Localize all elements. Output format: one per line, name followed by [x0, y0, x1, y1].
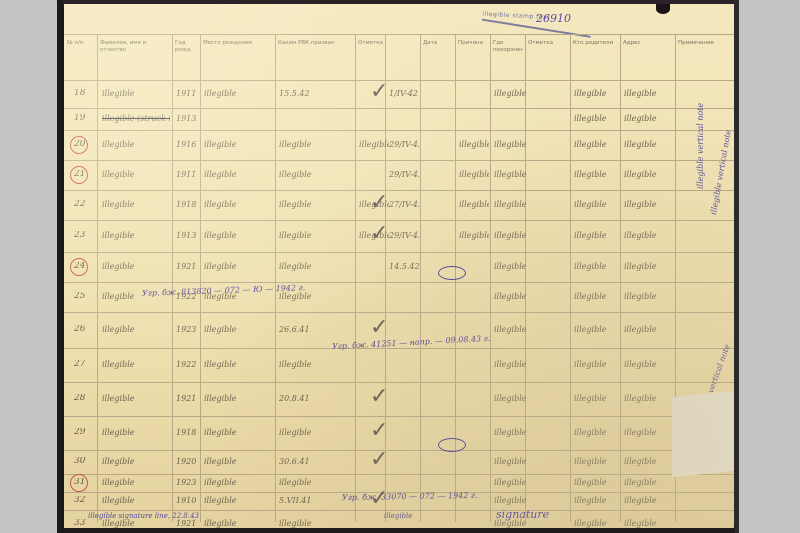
- address: illegible: [624, 457, 674, 466]
- parents: illegible: [574, 428, 618, 437]
- check-mark-icon: ✓: [370, 81, 388, 103]
- conscription-office: illegible: [279, 262, 351, 271]
- date: 1/IV-42: [389, 89, 419, 98]
- row-divider: [64, 80, 734, 81]
- circled-date-row31: [438, 438, 466, 452]
- cause: illegible: [459, 140, 489, 149]
- burial-place: illegible: [494, 292, 564, 301]
- footer-note: illegible signature line, 22.8.43: [88, 512, 199, 520]
- column-header: Место рождения: [203, 40, 273, 47]
- column-header: Фамилия, имя и отчество: [100, 40, 170, 53]
- person-name: illegible: [102, 457, 170, 466]
- row-number: 19: [74, 114, 85, 123]
- column-header: Год рожд.: [175, 40, 198, 53]
- address: illegible: [624, 231, 674, 240]
- address: illegible: [624, 519, 674, 528]
- birth-place: illegible: [204, 200, 272, 209]
- date: 29/IV-42: [389, 231, 419, 240]
- row-number: 29: [74, 428, 85, 437]
- address: illegible: [624, 89, 674, 98]
- row-number: 26: [74, 325, 85, 334]
- conscription-office: 30.6.41: [279, 457, 351, 466]
- parents: illegible: [574, 457, 618, 466]
- row-divider: [64, 450, 734, 451]
- paper-damage: [672, 391, 734, 478]
- check-mark-icon: ✓: [370, 386, 388, 408]
- row-number: 25: [74, 292, 85, 301]
- person-name: illegible: [102, 262, 170, 271]
- parents: illegible: [574, 325, 618, 334]
- row-number: 33: [74, 519, 85, 528]
- birth-place: illegible: [204, 231, 272, 240]
- birth-place: illegible: [204, 262, 272, 271]
- row-divider: [64, 108, 734, 109]
- birth-year: 1923: [176, 325, 198, 334]
- birth-year: 1913: [176, 114, 198, 123]
- column-header: Дата: [423, 40, 453, 47]
- row-divider: [64, 416, 734, 417]
- document-page: illegible stamp text 26910 № п/пФамилия,…: [64, 4, 734, 528]
- person-name: illegible: [102, 496, 170, 505]
- person-name: illegible (struck through): [102, 114, 170, 123]
- burial-place: illegible: [494, 394, 564, 403]
- parents: illegible: [574, 140, 618, 149]
- parents: illegible: [574, 360, 618, 369]
- column-header: Где похоронен: [493, 40, 523, 53]
- conscription-office: 15.5.42: [279, 89, 351, 98]
- burial-place: illegible: [494, 360, 564, 369]
- row-divider: [64, 312, 734, 313]
- row-number: 22: [74, 200, 85, 209]
- row-number: 28: [74, 394, 85, 403]
- row-divider: [64, 252, 734, 253]
- birth-year: 1923: [176, 478, 198, 487]
- row-divider: [64, 190, 734, 191]
- person-name: illegible: [102, 519, 170, 528]
- parents: illegible: [574, 231, 618, 240]
- person-name: illegible: [102, 325, 170, 334]
- address: illegible: [624, 394, 674, 403]
- conscription-office: 26.6.41: [279, 325, 351, 334]
- column-header: Причина: [458, 40, 488, 47]
- column-header: Адрес: [623, 40, 673, 47]
- parents: illegible: [574, 292, 618, 301]
- row-divider: [64, 282, 734, 283]
- address: illegible: [624, 292, 674, 301]
- burial-place: illegible: [494, 428, 564, 437]
- birth-year: 1922: [176, 360, 198, 369]
- right-margin-note-top: illegible vertical note: [696, 103, 705, 189]
- burial-place: illegible: [494, 200, 564, 209]
- address: illegible: [624, 478, 674, 487]
- red-circle-mark: [70, 474, 88, 492]
- conscription-office: illegible: [279, 140, 351, 149]
- address: illegible: [624, 114, 674, 123]
- right-margin-note-mid: illegible vertical note: [709, 129, 733, 215]
- birth-year: 1913: [176, 231, 198, 240]
- red-circle-mark: [70, 166, 88, 184]
- cause: illegible: [459, 231, 489, 240]
- person-name: illegible: [102, 200, 170, 209]
- red-circle-mark: [70, 136, 88, 154]
- column-header: Отметка: [358, 40, 418, 47]
- circled-date-row24: [438, 266, 466, 280]
- footer-signature: signature: [496, 508, 549, 521]
- person-name: illegible: [102, 360, 170, 369]
- row-divider: [64, 474, 734, 475]
- row-number: 30: [74, 457, 85, 466]
- footer-mid: illegible: [384, 512, 412, 520]
- birth-place: illegible: [204, 478, 272, 487]
- burial-place: illegible: [494, 457, 564, 466]
- birth-place: illegible: [204, 89, 272, 98]
- person-name: illegible: [102, 478, 170, 487]
- birth-year: 1911: [176, 170, 198, 179]
- address: illegible: [624, 200, 674, 209]
- check-mark-icon: ✓: [370, 192, 388, 214]
- birth-place: illegible: [204, 170, 272, 179]
- parents: illegible: [574, 200, 618, 209]
- parents: illegible: [574, 114, 618, 123]
- check-mark-icon: ✓: [370, 317, 388, 339]
- burial-place: illegible: [494, 140, 564, 149]
- birth-year: 1921: [176, 519, 198, 528]
- birth-place: illegible: [204, 140, 272, 149]
- conscription-office: illegible: [279, 360, 351, 369]
- burial-place: illegible: [494, 170, 564, 179]
- parents: illegible: [574, 170, 618, 179]
- address: illegible: [624, 325, 674, 334]
- person-name: illegible: [102, 140, 170, 149]
- stamp-number: 26910: [536, 12, 571, 25]
- birth-place: illegible: [204, 360, 272, 369]
- birth-year: 1920: [176, 457, 198, 466]
- row-divider: [64, 220, 734, 221]
- conscription-office: illegible: [279, 519, 351, 528]
- conscription-office: 20.8.41: [279, 394, 351, 403]
- date: 29/IV-42: [389, 140, 419, 149]
- birth-place: illegible: [204, 428, 272, 437]
- column-header: № п/п: [67, 40, 95, 47]
- date: 29/IV-42: [389, 170, 419, 179]
- ink-blot: [656, 4, 670, 14]
- column-header: Примечание: [678, 40, 732, 47]
- birth-year: 1921: [176, 262, 198, 271]
- address: illegible: [624, 360, 674, 369]
- parents: illegible: [574, 519, 618, 528]
- annotation-row33: Угр. бж. 33070 — 072 — 1942 г.: [342, 491, 478, 502]
- row-divider: [64, 160, 734, 161]
- row-divider: [64, 130, 734, 131]
- birth-year: 1918: [176, 428, 198, 437]
- birth-place: illegible: [204, 325, 272, 334]
- parents: illegible: [574, 478, 618, 487]
- person-name: illegible: [102, 231, 170, 240]
- row-divider: [64, 348, 734, 349]
- parents: illegible: [574, 262, 618, 271]
- date: 14.5.42: [389, 262, 419, 271]
- column-header: Кто родители: [573, 40, 618, 47]
- birth-place: illegible: [204, 394, 272, 403]
- conscription-office: illegible: [279, 478, 351, 487]
- row-divider: [64, 34, 734, 35]
- parents: illegible: [574, 394, 618, 403]
- person-name: illegible: [102, 170, 170, 179]
- cause: illegible: [459, 170, 489, 179]
- row-number: 27: [74, 360, 85, 369]
- birth-place: illegible: [204, 496, 272, 505]
- person-name: illegible: [102, 394, 170, 403]
- parents: illegible: [574, 89, 618, 98]
- row-divider: [64, 510, 734, 511]
- parents: illegible: [574, 496, 618, 505]
- check-mark-icon: ✓: [370, 420, 388, 442]
- burial-place: illegible: [494, 262, 564, 271]
- birth-year: 1916: [176, 140, 198, 149]
- burial-place: illegible: [494, 478, 564, 487]
- conscription-office: illegible: [279, 200, 351, 209]
- conscription-office: illegible: [279, 231, 351, 240]
- birth-year: 1910: [176, 496, 198, 505]
- check-mark-icon: ✓: [370, 449, 388, 471]
- address: illegible: [624, 262, 674, 271]
- row-divider: [64, 382, 734, 383]
- address: illegible: [624, 428, 674, 437]
- address: illegible: [624, 170, 674, 179]
- check-mark-icon: ✓: [370, 223, 388, 245]
- conscription-office: 5.VII.41: [279, 496, 351, 505]
- row-number: 23: [74, 231, 85, 240]
- birth-year: 1911: [176, 89, 198, 98]
- person-name: illegible: [102, 89, 170, 98]
- conscription-office: illegible: [279, 170, 351, 179]
- person-name: illegible: [102, 428, 170, 437]
- birth-year: 1918: [176, 200, 198, 209]
- birth-place: illegible: [204, 457, 272, 466]
- cause: illegible: [459, 200, 489, 209]
- row-number: 32: [74, 496, 85, 505]
- address: illegible: [624, 496, 674, 505]
- address: illegible: [624, 140, 674, 149]
- birth-year: 1921: [176, 394, 198, 403]
- birth-place: illegible: [204, 519, 272, 528]
- conscription-office: illegible: [279, 428, 351, 437]
- burial-place: illegible: [494, 325, 564, 334]
- conscription-office: illegible: [279, 292, 351, 301]
- column-header: Каким РВК призван: [278, 40, 353, 47]
- burial-place: illegible: [494, 496, 564, 505]
- column-header: Отметка: [528, 40, 568, 47]
- date: 27/IV-42: [389, 200, 419, 209]
- burial-place: illegible: [494, 89, 564, 98]
- mark: illegible: [359, 140, 389, 149]
- red-circle-mark: [70, 258, 88, 276]
- row-number: 18: [74, 89, 85, 98]
- burial-place: illegible: [494, 231, 564, 240]
